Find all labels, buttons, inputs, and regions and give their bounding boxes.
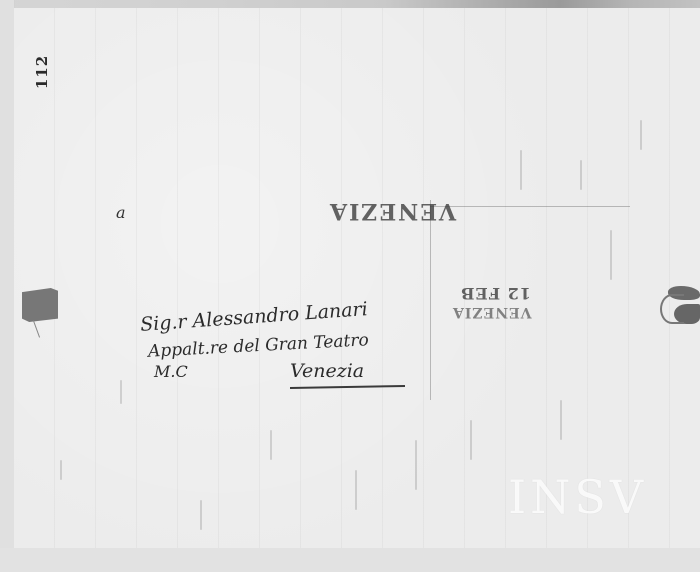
bleed-mark <box>560 400 562 440</box>
handwritten-address: Sig.r Alessandro Lanari Appalt.re del Gr… <box>140 306 430 396</box>
scribble-mark: a <box>116 203 126 222</box>
bleed-mark <box>270 430 272 460</box>
bottom-edge-band <box>0 548 700 572</box>
bleed-mark <box>120 380 122 404</box>
left-edge <box>0 0 15 572</box>
bleed-mark <box>610 230 612 280</box>
bleed-mark <box>60 460 62 480</box>
wax-fragment <box>660 294 684 324</box>
postal-stamp-date: 12 FEB <box>460 284 531 303</box>
wax-seal-right <box>660 280 700 328</box>
bleed-mark <box>640 120 642 150</box>
bleed-mark <box>520 150 522 190</box>
postal-stamp-city: VENEZIA <box>452 304 532 320</box>
fold-line-horizontal <box>430 206 630 207</box>
page-number: 112 <box>30 52 54 92</box>
address-title: Appalt.re del Gran Teatro <box>148 330 370 362</box>
address-mark: M.C <box>154 362 188 381</box>
bleed-mark <box>200 500 202 530</box>
address-city: Venezia <box>290 360 364 382</box>
postal-stamp-top: VENEZIA <box>328 198 456 224</box>
bleed-mark <box>355 470 357 510</box>
page-number-text: 112 <box>33 55 51 89</box>
address-city-underline <box>290 385 405 389</box>
bleed-mark <box>580 160 582 190</box>
scan-frame: 112 a VENEZIA 12 FEB VENEZIA Sig.r Aless… <box>0 0 700 572</box>
bleed-mark <box>415 440 417 490</box>
archive-watermark: INSV <box>508 470 647 524</box>
letter-paper <box>14 8 700 548</box>
bleed-mark <box>470 420 472 460</box>
fold-line-vertical <box>430 200 431 400</box>
wax-seal-left <box>22 288 58 322</box>
top-edge-band <box>0 0 700 8</box>
